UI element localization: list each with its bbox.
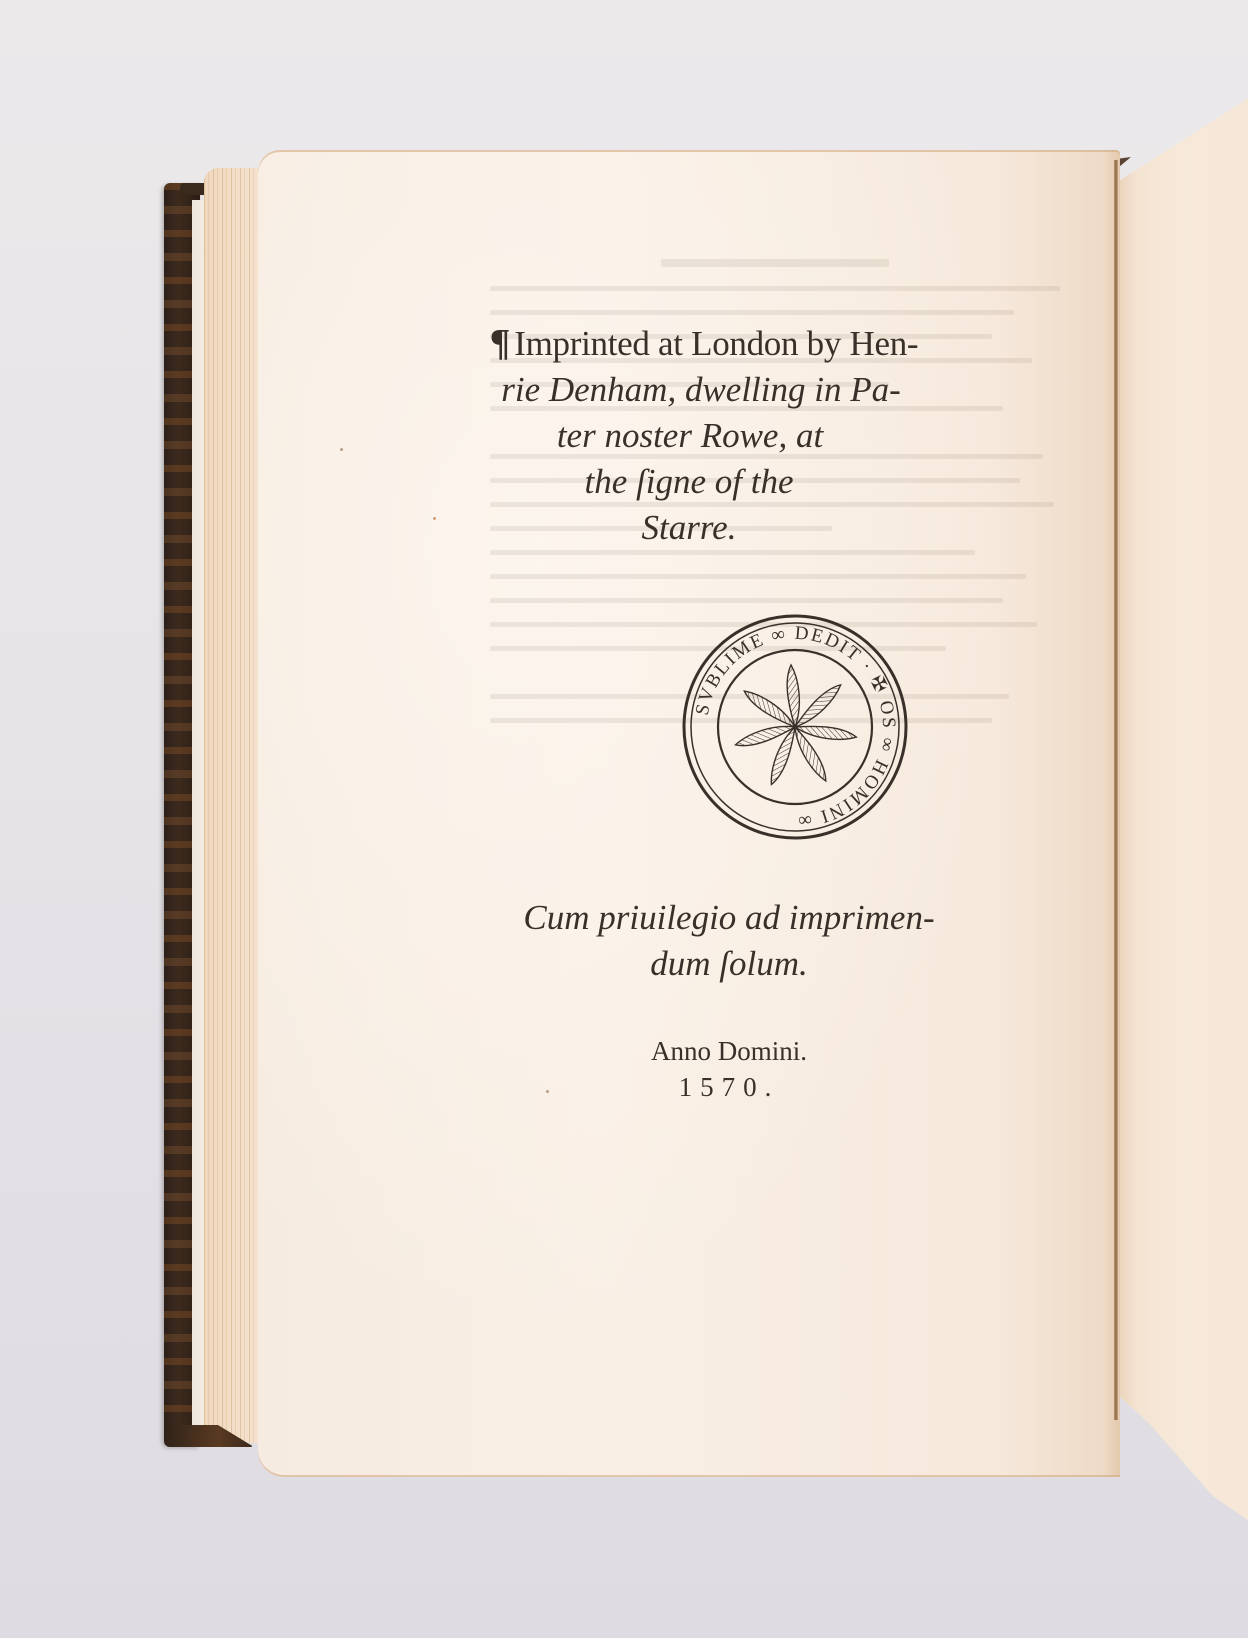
imprint-line-2: rie Denham, dwelling in Pa- [258, 367, 1120, 413]
imprint-date: Anno Domini. 1570. [258, 1033, 1160, 1105]
privilege-line-1: Cum priuilegio ad imprimen- [298, 895, 1160, 941]
open-book: ¶Imprinted at London by Hen- rie Denham,… [0, 0, 1248, 1638]
star-medallion-icon: SVBLIME ∞ DEDIT · ✠ OS ∞ HOMINI ∞ [680, 612, 910, 842]
pilcrow-icon: ¶ [490, 322, 511, 364]
imprint-line-1: Imprinted at London by Hen- [514, 324, 918, 363]
anno-domini-label: Anno Domini. [298, 1033, 1160, 1069]
imprint-year: 1570. [298, 1069, 1160, 1105]
colophon-imprint: ¶Imprinted at London by Hen- rie Denham,… [258, 320, 1120, 551]
imprint-line-5: Starre. [258, 505, 1120, 551]
privilege-statement: Cum priuilegio ad imprimen- dum ſolum. [258, 895, 1160, 987]
privilege-line-2: dum ſolum. [298, 941, 1160, 987]
facing-page [1117, 80, 1248, 1540]
imprint-line-4: the ſigne of the [258, 459, 1120, 505]
imprint-line-3: ter noster Rowe, at [258, 413, 1120, 459]
